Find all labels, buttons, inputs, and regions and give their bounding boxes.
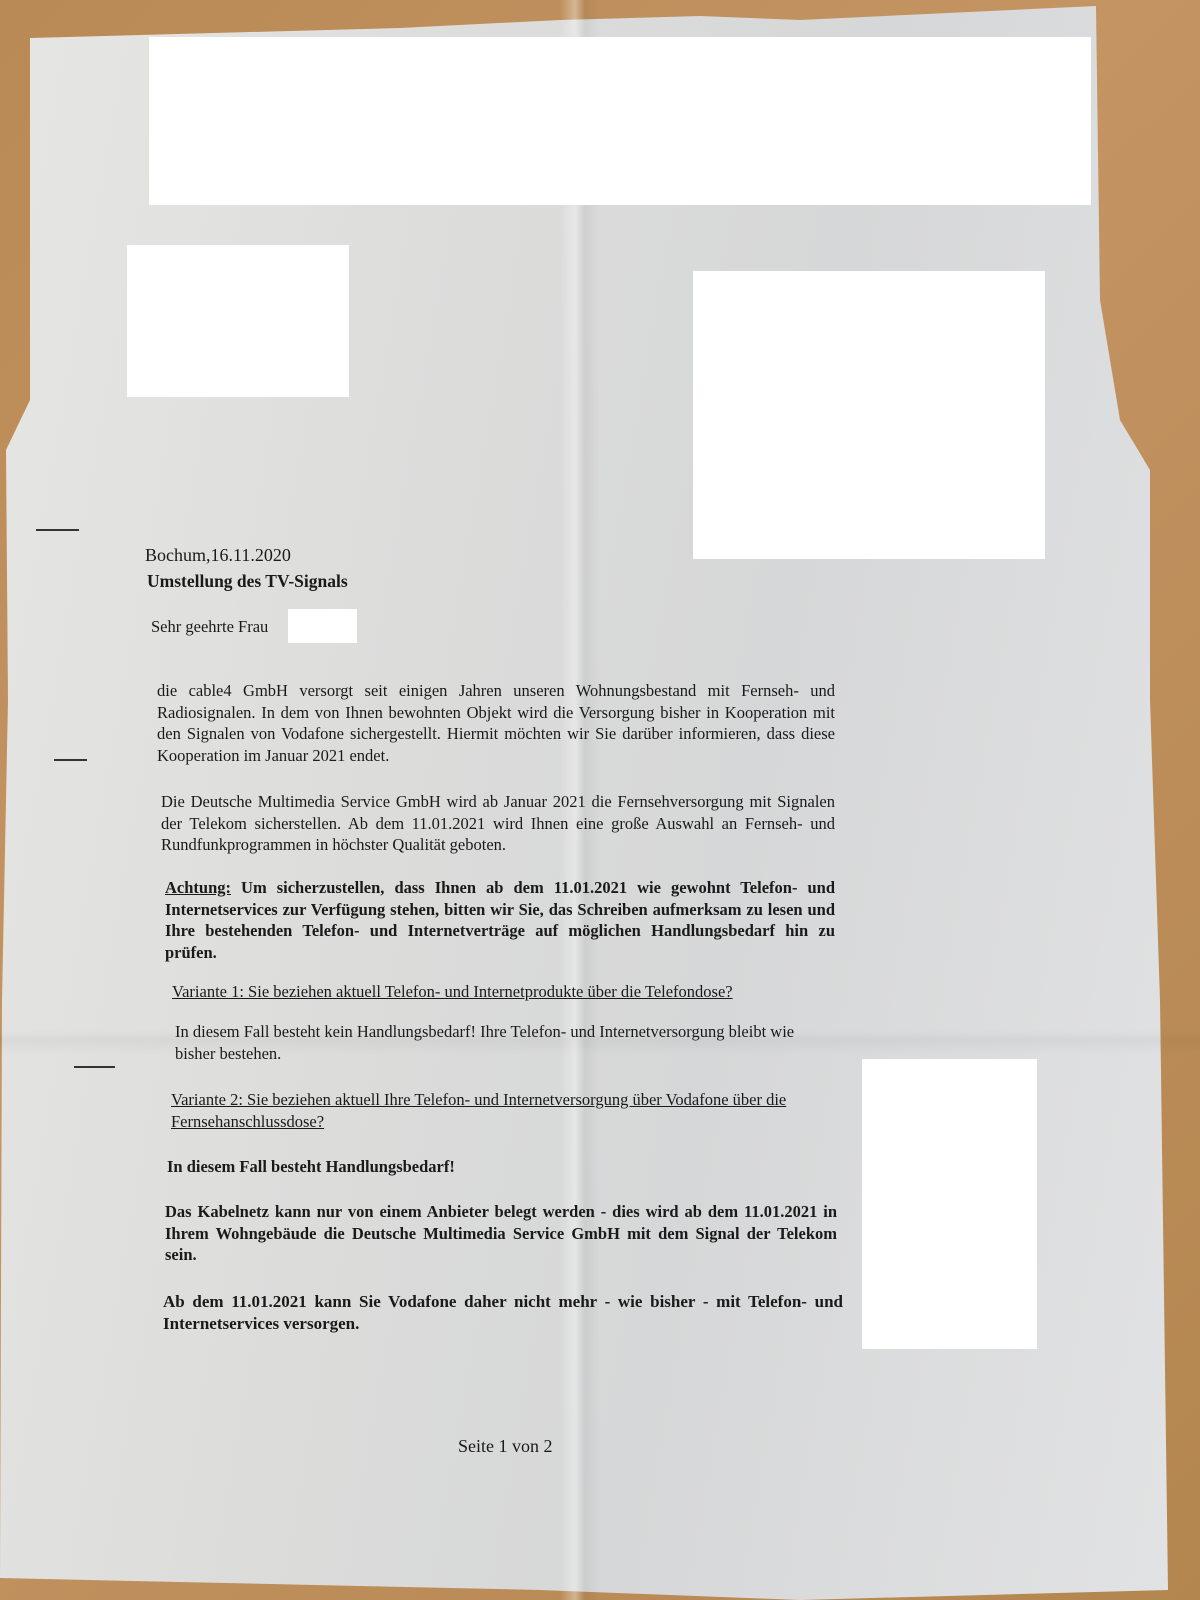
page-indicator: Seite 1 von 2 (458, 1436, 553, 1458)
place-date: Bochum,16.11.2020 (145, 545, 291, 567)
subject-line: Umstellung des TV-Signals (147, 571, 348, 593)
variant-2-action: In diesem Fall besteht Handlungsbedarf! (167, 1156, 455, 1178)
paragraph-new-provider: Die Deutsche Multimedia Service GmbH wir… (161, 791, 835, 856)
paragraph-intro: die cable4 GmbH versorgt seit einigen Ja… (157, 680, 835, 766)
variant-1-text: In diesem Fall besteht kein Handlungsbed… (175, 1021, 825, 1064)
punch-mark (54, 759, 87, 761)
attention-label: Achtung: (165, 878, 231, 897)
salutation: Sehr geehrte Frau (151, 616, 268, 638)
redacted-recipient-name (288, 609, 357, 643)
redacted-side-info (862, 1059, 1037, 1349)
attention-paragraph: Achtung: Um sicherzustellen, dass Ihnen … (165, 877, 835, 963)
variant-2-heading: Variante 2: Sie beziehen aktuell Ihre Te… (171, 1089, 831, 1132)
redacted-letterhead (149, 37, 1091, 205)
fold-mark-bottom (74, 1066, 115, 1068)
paragraph-final: Ab dem 11.01.2021 kann Sie Vodafone dahe… (163, 1291, 843, 1334)
attention-text: Um sicherzustellen, dass Ihnen ab dem 11… (165, 878, 835, 962)
paragraph-cable-network: Das Kabelnetz kann nur von einem Anbiete… (165, 1201, 837, 1266)
redacted-recipient-address (693, 271, 1045, 559)
fold-mark-top (36, 529, 79, 531)
variant-1-heading: Variante 1: Sie beziehen aktuell Telefon… (172, 981, 852, 1003)
redacted-sender-address (127, 245, 349, 397)
